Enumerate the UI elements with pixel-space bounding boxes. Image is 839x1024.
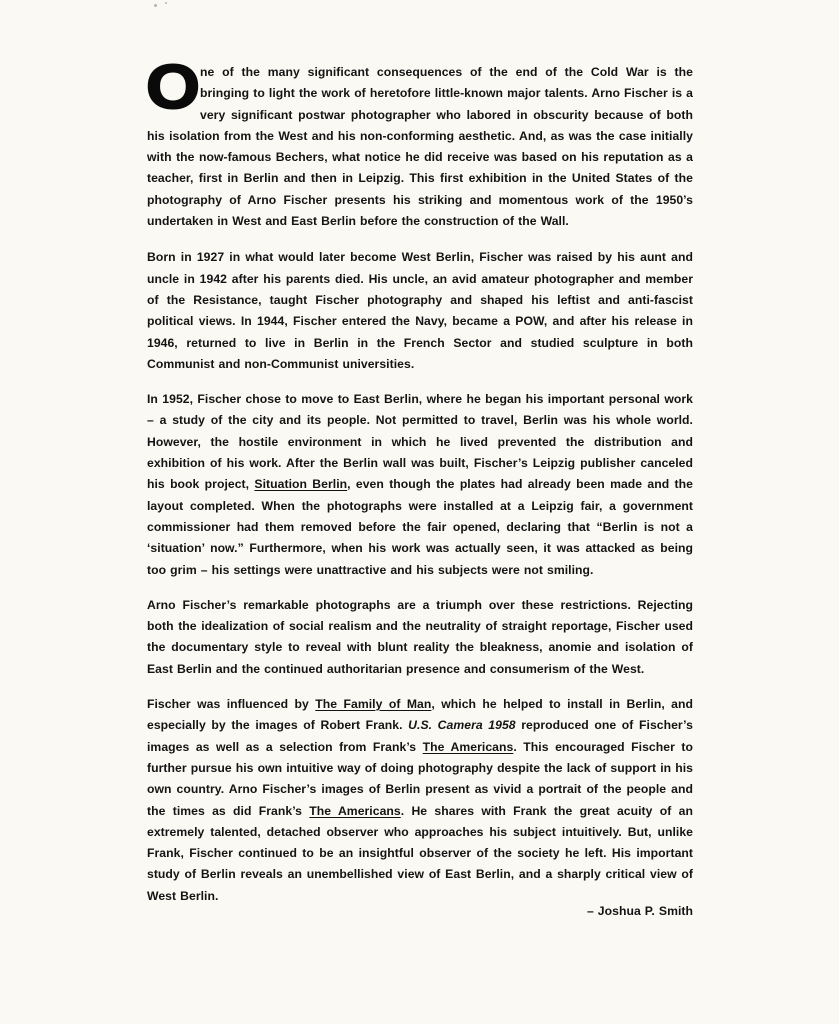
paragraph-influences-text-5: . He shares with Frank the great acuity … <box>147 804 693 903</box>
book-title-the-americans: The Americans <box>423 740 514 754</box>
author-signature: – Joshua P. Smith <box>147 901 693 922</box>
book-title-family-of-man: The Family of Man <box>315 697 431 711</box>
publication-title-us-camera: U.S. Camera 1958 <box>408 718 515 732</box>
paragraph-east-berlin-text-2: , even though the plates had already bee… <box>147 477 693 576</box>
essay-page: One of the many significant consequences… <box>147 62 693 922</box>
paragraph-early-life-text: Born in 1927 in what would later become … <box>147 250 693 370</box>
paragraph-intro-text: ne of the many significant consequences … <box>147 65 693 228</box>
book-title-situation-berlin: Situation Berlin <box>254 477 347 491</box>
dropcap-letter: O <box>146 65 200 111</box>
scan-speck <box>165 2 167 4</box>
paragraph-triumph: Arno Fischer’s remarkable photographs ar… <box>147 595 693 680</box>
paragraph-intro: One of the many significant consequences… <box>147 62 693 232</box>
paragraph-east-berlin: In 1952, Fischer chose to move to East B… <box>147 389 693 581</box>
paragraph-influences-text-1: Fischer was influenced by <box>147 697 315 711</box>
paragraph-influences: Fischer was influenced by The Family of … <box>147 694 693 907</box>
paragraph-triumph-text: Arno Fischer’s remarkable photographs ar… <box>147 598 693 676</box>
book-title-the-americans: The Americans <box>309 804 400 818</box>
scan-speck <box>154 4 157 7</box>
paragraph-early-life: Born in 1927 in what would later become … <box>147 247 693 375</box>
